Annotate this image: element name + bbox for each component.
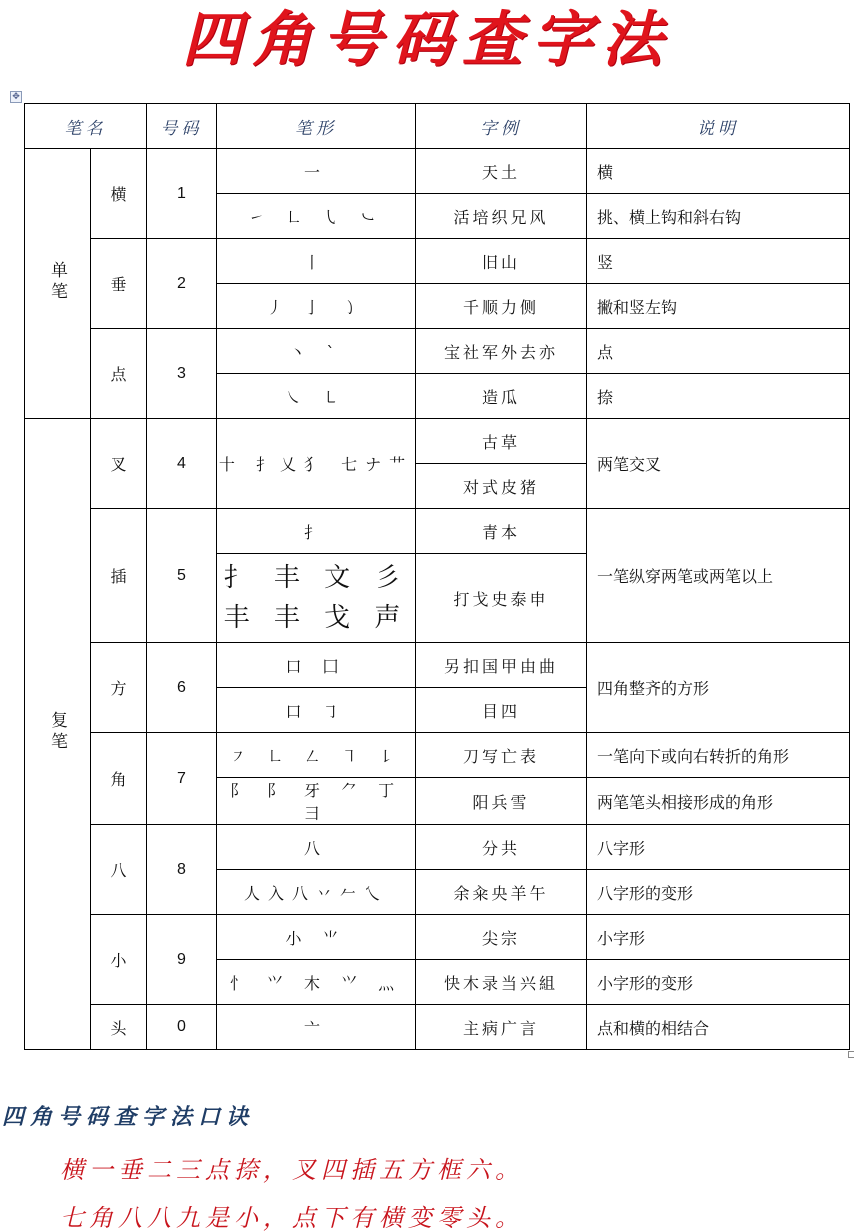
stroke-shape: ㇀ ㇗ ㇂ ㇃ — [217, 194, 416, 239]
stroke-shape: 口 ㇆ — [217, 688, 416, 733]
stroke-shape: 扌 丰 文 彡 丰 丰 戈 声 — [217, 554, 416, 643]
examples: 分共 — [416, 825, 587, 870]
examples: 尖宗 — [416, 915, 587, 960]
examples: 造瓜 — [416, 374, 587, 419]
stroke-code: 3 — [147, 329, 217, 419]
examples: 古草 — [416, 419, 587, 464]
four-corner-table: 笔名 号码 笔形 字例 说明 单笔 横 1 一 天土 横 ㇀ ㇗ ㇂ ㇃ 活培织… — [24, 103, 850, 1050]
table-row: 八 8 八 分共 八字形 — [25, 825, 850, 870]
rhyme-title: 四角号码查字法口诀 — [2, 1100, 254, 1131]
stroke-shape: 亠 — [217, 1005, 416, 1050]
examples: 青本 — [416, 509, 587, 554]
table-row: 点 3 丶 ˋ 宝社军外去亦 点 — [25, 329, 850, 374]
description: 横 — [587, 149, 850, 194]
description: 点和横的相结合 — [587, 1005, 850, 1050]
description: 竖 — [587, 239, 850, 284]
description: 捺 — [587, 374, 850, 419]
group-compound: 复笔 — [25, 419, 91, 1050]
header-stroke-shape: 笔形 — [217, 104, 416, 149]
table-row: 头 0 亠 主病广言 点和横的相结合 — [25, 1005, 850, 1050]
stroke-shape: 丨 — [217, 239, 416, 284]
stroke-code: 9 — [147, 915, 217, 1005]
description: 八字形 — [587, 825, 850, 870]
stroke-code: 0 — [147, 1005, 217, 1050]
examples: 天土 — [416, 149, 587, 194]
stroke-shape: 一 — [217, 149, 416, 194]
examples: 活培织兄风 — [416, 194, 587, 239]
stroke-shape: ㇇ ㇗ ㇜ ㇕ ㇙ — [217, 733, 416, 778]
group-single-label: 单笔 — [45, 261, 70, 303]
table-row: 复笔 叉 4 十 扌乂犭 七ナ艹 古草 两笔交叉 — [25, 419, 850, 464]
stroke-name: 八 — [91, 825, 147, 915]
stroke-shape: 八 — [217, 825, 416, 870]
stroke-name: 小 — [91, 915, 147, 1005]
table-row: 插 5 扌 青本 一笔纵穿两笔或两笔以上 — [25, 509, 850, 554]
stroke-shape: 忄 ⺍ 木 ⺍ 灬 — [217, 960, 416, 1005]
stroke-name: 点 — [91, 329, 147, 419]
stroke-code: 1 — [147, 149, 217, 239]
stroke-code: 6 — [147, 643, 217, 733]
document-title: 四角号码查字法 — [0, 2, 854, 78]
stroke-code: 8 — [147, 825, 217, 915]
examples: 千顺力侧 — [416, 284, 587, 329]
description: 一笔纵穿两笔或两笔以上 — [587, 509, 850, 643]
examples: 另扣国甲由曲 — [416, 643, 587, 688]
description: 一笔向下或向右转折的角形 — [587, 733, 850, 778]
header-stroke-name: 笔名 — [25, 104, 147, 149]
stroke-shape: 扌 — [217, 509, 416, 554]
stroke-shape: 丿 亅 ㇁ — [217, 284, 416, 329]
stroke-name: 插 — [91, 509, 147, 643]
stroke-code: 4 — [147, 419, 217, 509]
description: 撇和竖左钩 — [587, 284, 850, 329]
rhyme-line: 七角八八九是小，点下有横变零头。 — [60, 1198, 524, 1232]
stroke-name: 头 — [91, 1005, 147, 1050]
table-row: 单笔 横 1 一 天土 横 — [25, 149, 850, 194]
stroke-shape: 丶 ˋ — [217, 329, 416, 374]
examples: 阳兵雪 — [416, 778, 587, 825]
description: 点 — [587, 329, 850, 374]
examples: 刀写亡表 — [416, 733, 587, 778]
description: 八字形的变形 — [587, 870, 850, 915]
header-examples: 字例 — [416, 104, 587, 149]
examples: 旧山 — [416, 239, 587, 284]
stroke-code: 5 — [147, 509, 217, 643]
stroke-name: 方 — [91, 643, 147, 733]
header-code: 号码 — [147, 104, 217, 149]
examples: 打戈史泰申 — [416, 554, 587, 643]
examples: 宝社军外去亦 — [416, 329, 587, 374]
group-compound-label: 复笔 — [45, 711, 70, 753]
examples: 快木录当兴組 — [416, 960, 587, 1005]
stroke-shape: 人入八丷𠂉乀 — [217, 870, 416, 915]
stroke-shape: ㇏ ㇄ — [217, 374, 416, 419]
stroke-code: 2 — [147, 239, 217, 329]
stroke-code: 7 — [147, 733, 217, 825]
stroke-shape: 口 囗 — [217, 643, 416, 688]
description: 四角整齐的方形 — [587, 643, 850, 733]
description: 两笔笔头相接形成的角形 — [587, 778, 850, 825]
stroke-name: 垂 — [91, 239, 147, 329]
rhyme-line: 横一垂二三点捺，叉四插五方框六。 — [60, 1150, 524, 1185]
table-row: 方 6 口 囗 另扣国甲由曲 四角整齐的方形 — [25, 643, 850, 688]
table-header-row: 笔名 号码 笔形 字例 说明 — [25, 104, 850, 149]
table-row: 垂 2 丨 旧山 竖 — [25, 239, 850, 284]
group-single: 单笔 — [25, 149, 91, 419]
examples: 对式皮猪 — [416, 464, 587, 509]
examples: 主病广言 — [416, 1005, 587, 1050]
table-resize-handle-icon[interactable] — [848, 1051, 854, 1058]
stroke-shape: 阝 阝 牙 ⺈ 丁 彐 — [217, 778, 416, 825]
stroke-name: 叉 — [91, 419, 147, 509]
stroke-name: 角 — [91, 733, 147, 825]
table-move-handle-icon[interactable]: ✥ — [10, 91, 22, 103]
table-row: 角 7 ㇇ ㇗ ㇜ ㇕ ㇙ 刀写亡表 一笔向下或向右转折的角形 — [25, 733, 850, 778]
description: 小字形的变形 — [587, 960, 850, 1005]
description: 挑、横上钩和斜右钩 — [587, 194, 850, 239]
examples: 余籴央羊午 — [416, 870, 587, 915]
table-row: 小 9 小 ⺌ 尖宗 小字形 — [25, 915, 850, 960]
description: 两笔交叉 — [587, 419, 850, 509]
examples: 目四 — [416, 688, 587, 733]
stroke-name: 横 — [91, 149, 147, 239]
header-description: 说明 — [587, 104, 850, 149]
stroke-shape: 小 ⺌ — [217, 915, 416, 960]
stroke-shape: 十 扌乂犭 七ナ艹 — [217, 419, 416, 509]
description: 小字形 — [587, 915, 850, 960]
